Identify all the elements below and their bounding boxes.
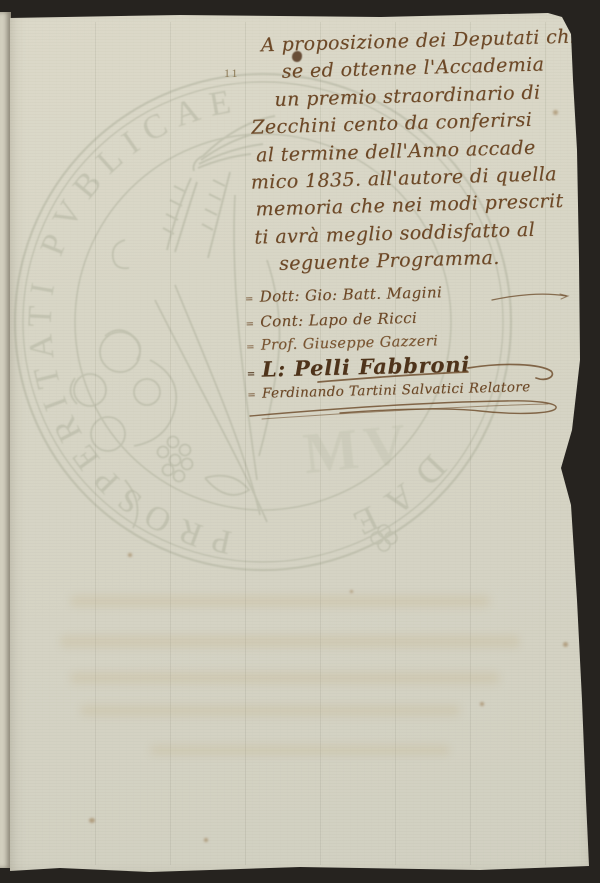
chain-line — [95, 22, 96, 865]
bleedthrough-streak — [70, 672, 500, 684]
scanned-manuscript-page: { "scan": { "page_number": "11" }, "manu… — [0, 0, 600, 883]
signature-text: Dott: Gio: Batt. Magini — [259, 283, 442, 305]
signature-text: Prof. Giuseppe Gazzeri — [261, 333, 439, 353]
signature-entry: =L: Pelli Fabbroni — [246, 349, 577, 382]
bleedthrough-streak — [60, 635, 520, 648]
foxing-spot — [563, 642, 568, 647]
bleedthrough-streak — [70, 595, 490, 607]
signature-marker: = — [245, 294, 254, 305]
previous-page-edge — [0, 12, 11, 868]
chain-line — [170, 22, 171, 865]
signature-block: =Dott: Gio: Batt. Magini =Cont: Lapo de … — [245, 280, 578, 402]
ink-blot — [292, 51, 302, 62]
signature-marker: = — [245, 319, 254, 330]
bleedthrough-streak — [150, 745, 450, 755]
signature-text: L: Pelli Fabbroni — [262, 352, 471, 382]
paper-sheet: PROSPERITATI PVBLICAE DAE MV 11 A propos… — [0, 0, 600, 883]
foxing-spot — [480, 702, 484, 706]
signature-entry: =Cont: Lapo de Ricci — [245, 305, 575, 331]
foxing-spot — [89, 818, 95, 823]
chain-line — [245, 22, 246, 865]
foxing-spot — [204, 838, 208, 842]
signature-marker: = — [246, 342, 255, 353]
bleedthrough-streak — [80, 705, 460, 716]
foxing-spot — [350, 590, 353, 593]
foxing-spot — [128, 553, 132, 557]
wheat-ears-motif — [163, 172, 230, 258]
signature-text: Cont: Lapo de Ricci — [260, 309, 417, 331]
signature-marker: = — [247, 369, 256, 380]
watermark-center-letters: MV — [300, 410, 415, 486]
page-number: 11 — [224, 66, 240, 81]
signature-marker: = — [247, 390, 256, 401]
